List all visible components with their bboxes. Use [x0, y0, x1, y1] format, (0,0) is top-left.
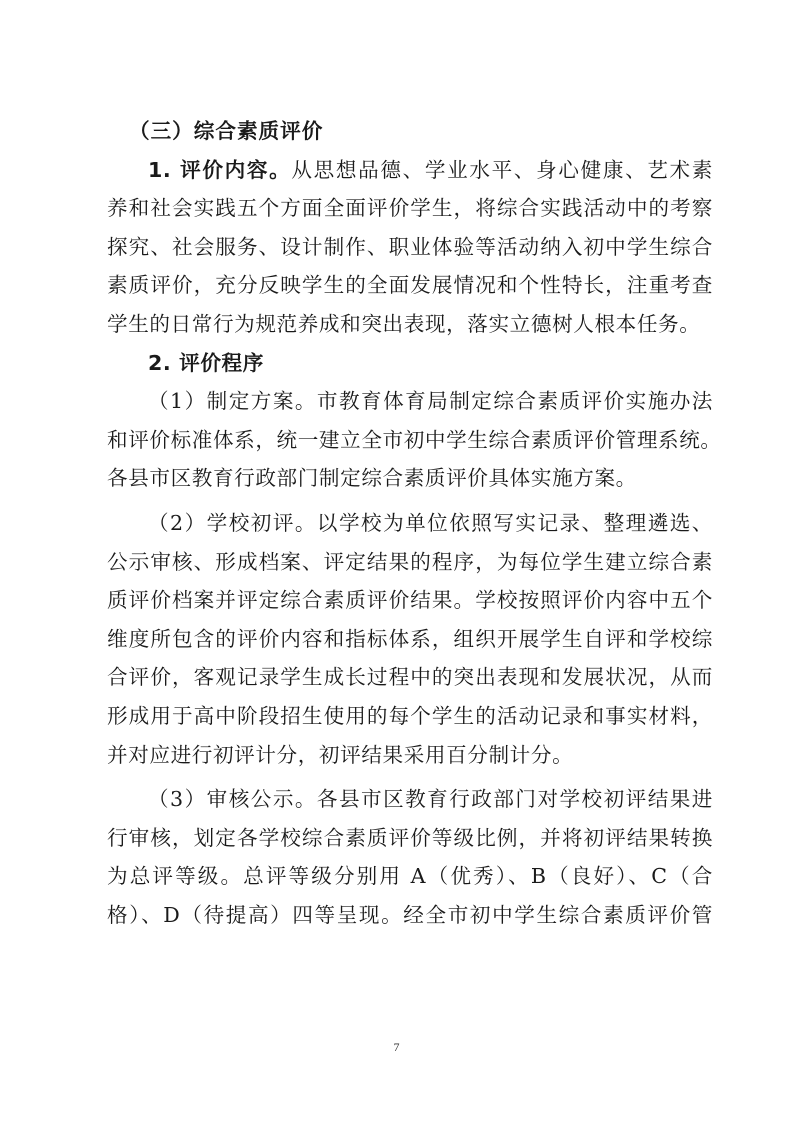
section-heading: （三）综合素质评价 [107, 112, 713, 151]
step3-text-line: （3）审核公示。各县市区教育行政部门对学校初评结果进 [107, 780, 713, 819]
step2-text-line: 合评价，客观记录学生成长过程中的突出表现和发展状况，从而 [107, 658, 713, 697]
step2-text-line: 维度所包含的评价内容和指标体系，组织开展学生自评和学校综 [107, 620, 713, 659]
item1-text-line: 从思想品德、学业水平、身心健康、艺术素 [291, 158, 713, 182]
item1-paragraph-first-line: 1. 评价内容。从思想品德、学业水平、身心健康、艺术素 [107, 151, 713, 190]
step3-text-line: 为总评等级。总评等级分别用 A（优秀）、B（良好）、C（合 [107, 857, 713, 896]
step3-text-line: 格）、D（待提高）四等呈现。经全市初中学生综合素质评价管 [107, 896, 713, 935]
step2-text-line: （2）学校初评。以学校为单位依照写实记录、整理遴选、 [107, 504, 713, 543]
step1-text-line: 和评价标准体系，统一建立全市初中学生综合素质评价管理系统。 [107, 421, 713, 460]
item1-text-line: 学生的日常行为规范养成和突出表现，落实立德树人根本任务。 [107, 305, 713, 344]
step2-text-line: 公示审核、形成档案、评定结果的程序，为每位学生建立综合素 [107, 543, 713, 582]
item1-label: 1. 评价内容。 [148, 158, 291, 182]
step2-text-line: 形成用于高中阶段招生使用的每个学生的活动记录和事实材料， [107, 697, 713, 736]
item1-text-line: 素质评价，充分反映学生的全面发展情况和个性特长，注重考查 [107, 266, 713, 305]
step3-text-line: 行审核，划定各学校综合素质评价等级比例，并将初评结果转换 [107, 819, 713, 858]
document-page: （三）综合素质评价 1. 评价内容。从思想品德、学业水平、身心健康、艺术素 养和… [0, 0, 793, 1122]
item1-text-line: 探究、社会服务、设计制作、职业体验等活动纳入初中学生综合 [107, 228, 713, 267]
step2-text-line: 质评价档案并评定综合素质评价结果。学校按照评价内容中五个 [107, 581, 713, 620]
step1-text-line: 各县市区教育行政部门制定综合素质评价具体实施方案。 [107, 459, 713, 498]
item1-text-line: 养和社会实践五个方面全面评价学生，将综合实践活动中的考察 [107, 189, 713, 228]
document-body: （三）综合素质评价 1. 评价内容。从思想品德、学业水平、身心健康、艺术素 养和… [107, 112, 713, 934]
step1-text-line: （1）制定方案。市教育体育局制定综合素质评价实施办法 [107, 382, 713, 421]
page-number: 7 [0, 1040, 793, 1055]
item2-heading: 2. 评价程序 [107, 344, 713, 383]
step2-text-line: 并对应进行初评计分，初评结果采用百分制计分。 [107, 736, 713, 775]
